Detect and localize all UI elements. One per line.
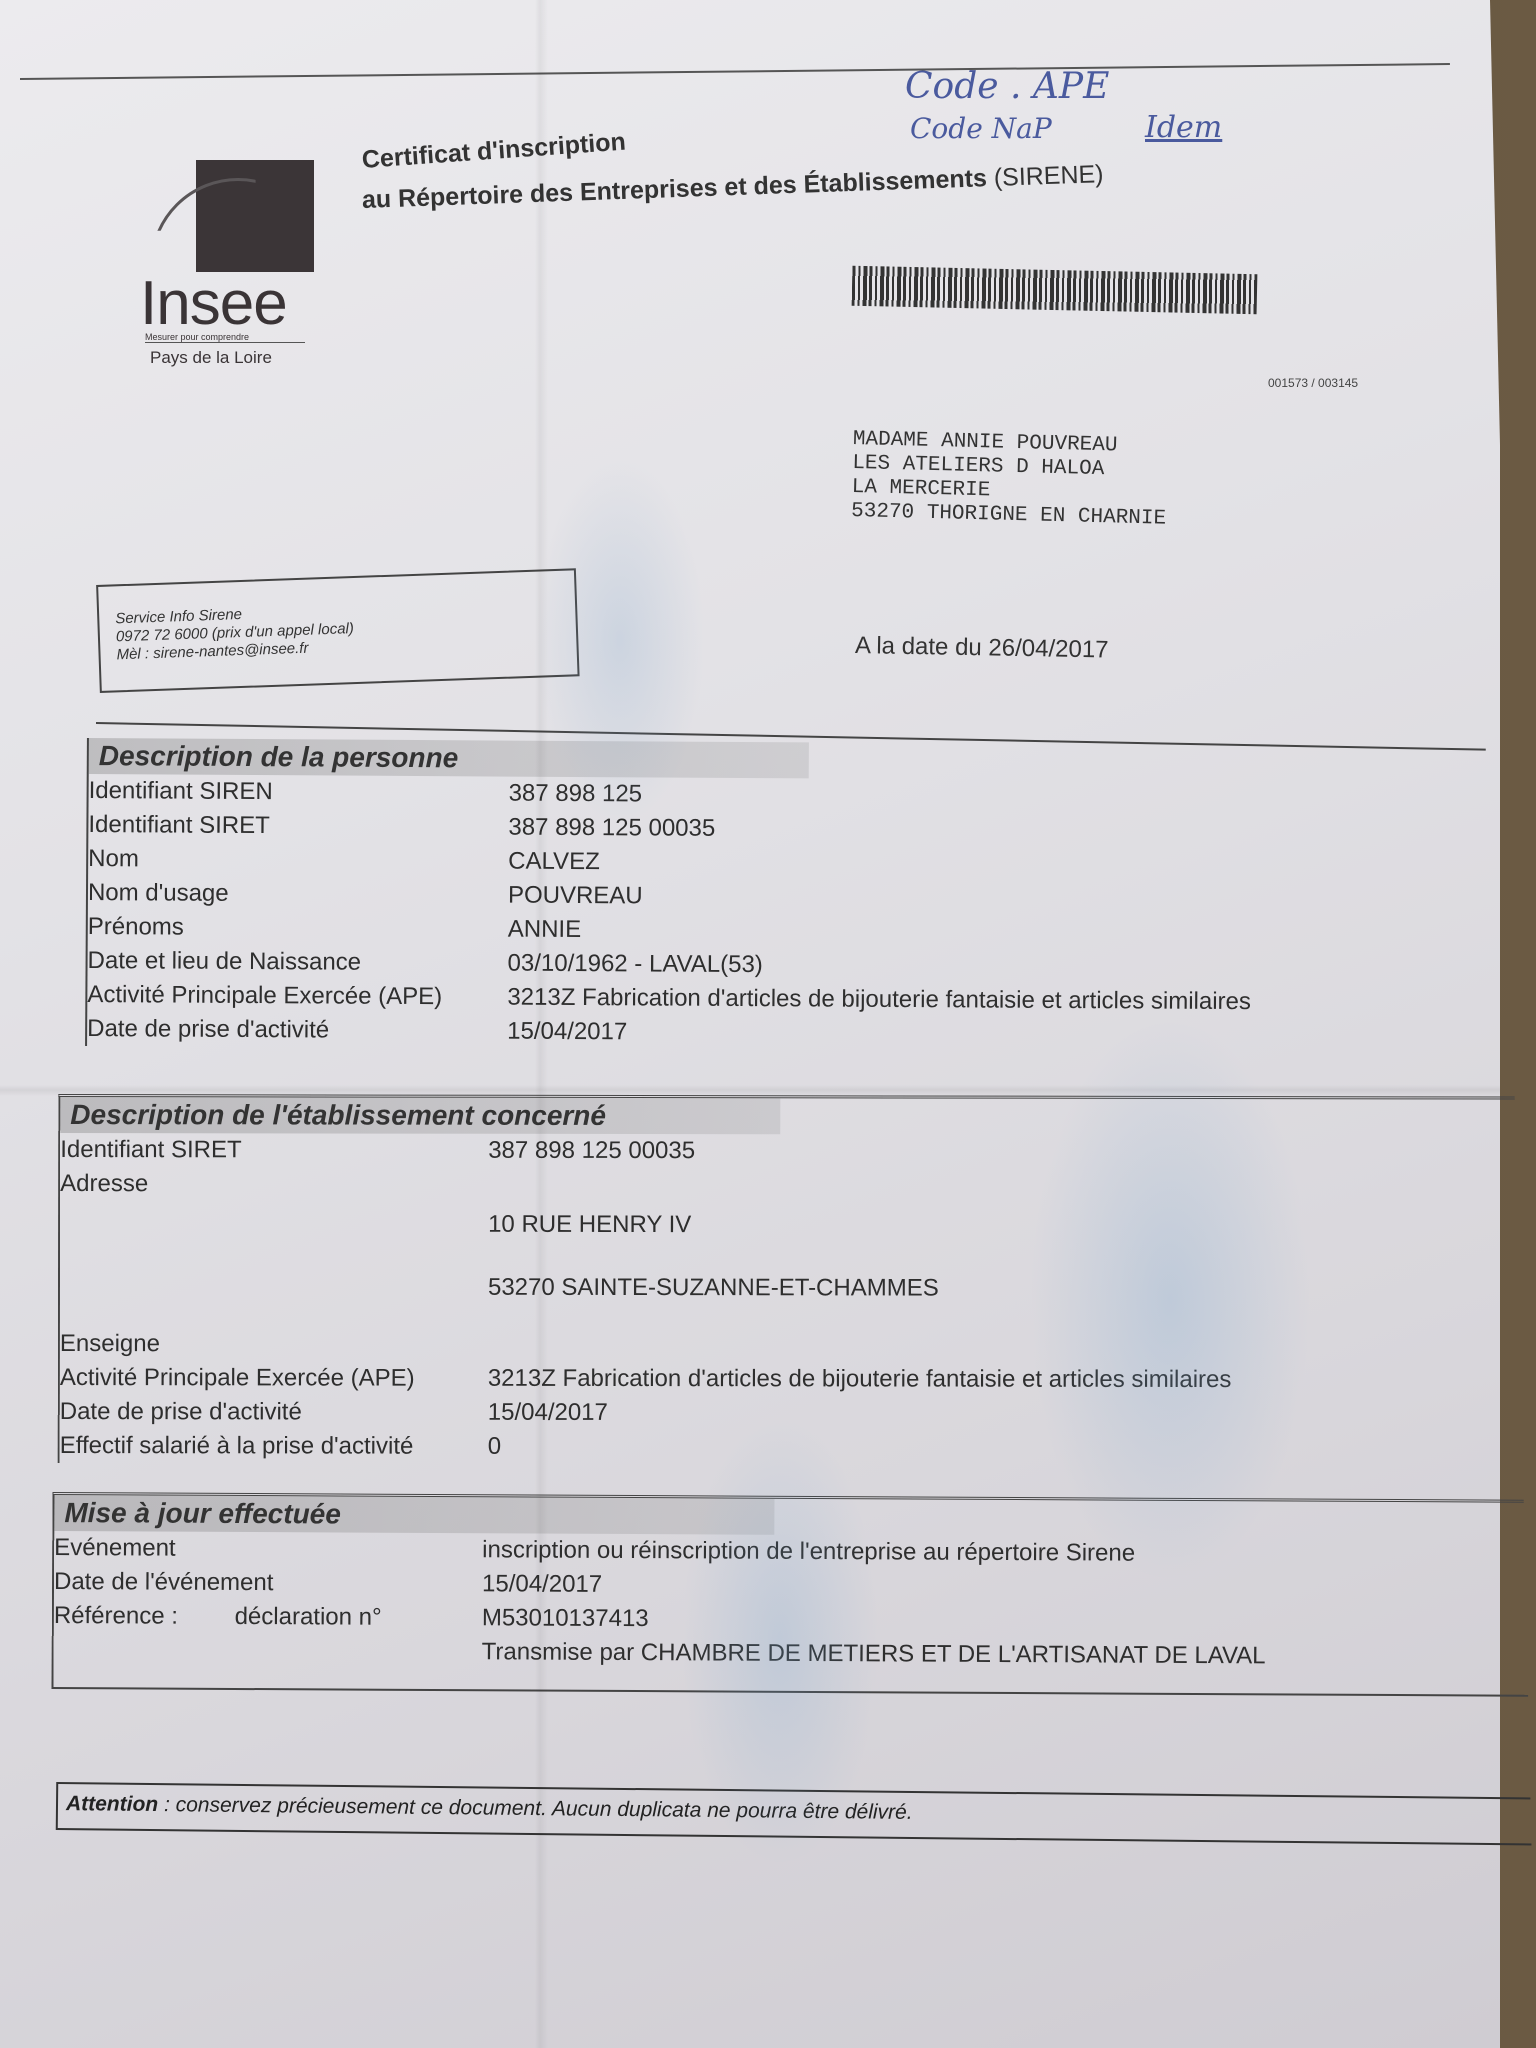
first-names-value: ANNIE xyxy=(508,913,582,947)
birth-value: 03/10/1962 - LAVAL(53) xyxy=(507,947,762,983)
recipient-address: MADAME ANNIE POUVREAU LES ATELIERS D HAL… xyxy=(851,428,1168,532)
siren-value: 387 898 125 xyxy=(509,777,643,812)
certificate-paper: Insee Mesurer pour comprendre Pays de la… xyxy=(0,0,1500,2048)
staff-count-value: 0 xyxy=(488,1430,501,1464)
surname-value: CALVEZ xyxy=(508,845,600,880)
event-date-value: 15/04/2017 xyxy=(482,1567,602,1602)
establishment-siret-value: 387 898 125 00035 xyxy=(488,1134,695,1168)
attention-label: Attention xyxy=(66,1792,158,1816)
field-row: Effectif salarié à la prise d'activité0 xyxy=(60,1429,1536,1466)
as-of-date: A la date du 26/04/2017 xyxy=(855,632,1109,664)
handwritten-note-nap: Code NaP xyxy=(910,112,1052,145)
field-label: Adresse xyxy=(60,1167,488,1202)
empty-cell xyxy=(54,1667,482,1669)
activity-start-value: 15/04/2017 xyxy=(507,1015,627,1050)
ape-value: 3213Z Fabrication d'articles de bijouter… xyxy=(507,981,1251,1020)
document-title-line1: Certificat d'inscription xyxy=(361,128,627,175)
insee-logo-text: Insee xyxy=(140,268,287,339)
insee-logo-tagline: Mesurer pour comprendre xyxy=(145,332,305,343)
field-label: Effectif salarié à la prise d'activité xyxy=(60,1429,488,1464)
update-section: Mise à jour effectuée Evénementinscripti… xyxy=(51,1492,1536,1697)
insee-logo-region: Pays de la Loire xyxy=(150,348,272,368)
field-label: Date de prise d'activité xyxy=(60,1395,488,1430)
document-title-acronym: (SIRENE) xyxy=(993,160,1104,192)
field-label: Identifiant SIRET xyxy=(88,808,508,845)
field-row: Date de prise d'activité15/04/2017 xyxy=(60,1395,1536,1432)
barcode xyxy=(852,266,1258,314)
attention-notice: Attention : conservez précieusement ce d… xyxy=(56,1782,1536,1845)
field-row: Date de prise d'activité15/04/2017 xyxy=(87,1012,1487,1055)
transmitted-by-value: Transmise par CHAMBRE DE METIERS ET DE L… xyxy=(482,1635,1266,1673)
person-section: Description de la personne Identifiant S… xyxy=(85,738,1489,1055)
establishment-ape-value: 3213Z Fabrication d'articles de bijouter… xyxy=(488,1362,1232,1397)
field-label: Nom d'usage xyxy=(88,876,508,913)
service-info-box: Service Info Sirene 0972 72 6000 (prix d… xyxy=(96,568,579,693)
address-line2: 53270 SAINTE-SUZANNE-ET-CHAMMES xyxy=(488,1248,939,1329)
siret-value: 387 898 125 00035 xyxy=(508,811,715,846)
field-label: Date de prise d'activité xyxy=(87,1012,507,1049)
event-value: inscription ou réinscription de l'entrep… xyxy=(482,1533,1135,1570)
field-row: 53270 SAINTE-SUZANNE-ET-CHAMMES xyxy=(60,1247,1536,1330)
declaration-label: déclaration n° xyxy=(235,1603,382,1631)
update-section-title: Mise à jour effectuée xyxy=(54,1495,774,1535)
handwritten-note-ape: Code . APE xyxy=(905,66,1109,107)
person-section-title: Description de la personne xyxy=(89,738,809,778)
field-label: Activité Principale Exercée (APE) xyxy=(60,1361,488,1396)
attention-text: : conservez précieusement ce document. A… xyxy=(158,1793,913,1824)
reference-label: Référence : xyxy=(54,1602,178,1630)
field-row: 10 RUE HENRY IV xyxy=(60,1201,1536,1250)
field-label: Evénement xyxy=(54,1531,482,1567)
usage-name-value: POUVREAU xyxy=(508,879,643,914)
establishment-section-title: Description de l'établissement concerné xyxy=(60,1097,780,1134)
top-rule xyxy=(20,63,1450,80)
handwritten-note-idem: Idem xyxy=(1145,110,1222,145)
field-label: Identifiant SIRET xyxy=(60,1133,488,1168)
field-label: Identifiant SIREN xyxy=(89,774,509,811)
field-label: Référence : déclaration n° xyxy=(54,1599,482,1635)
document-title-line2: au Répertoire des Entreprises et des Éta… xyxy=(361,160,1103,215)
field-label: Nom xyxy=(88,842,508,879)
document-title-main: au Répertoire des Entreprises et des Éta… xyxy=(361,164,987,214)
establishment-section: Description de l'établissement concerné … xyxy=(58,1094,1536,1466)
field-label: Date de l'événement xyxy=(54,1565,482,1601)
field-row: Adresse xyxy=(60,1167,1536,1204)
field-label: Activité Principale Exercée (APE) xyxy=(87,978,507,1015)
field-row: Enseigne xyxy=(60,1327,1536,1364)
address-line1: 10 RUE HENRY IV xyxy=(488,1202,691,1248)
field-label: Enseigne xyxy=(60,1327,488,1362)
field-row: Identifiant SIRET387 898 125 00035 xyxy=(60,1133,1536,1170)
field-label: Date et lieu de Naissance xyxy=(87,944,507,981)
establishment-start-value: 15/04/2017 xyxy=(488,1396,608,1430)
field-row: Transmise par CHAMBRE DE METIERS ET DE L… xyxy=(54,1633,1536,1675)
field-row: Activité Principale Exercée (APE)3213Z F… xyxy=(60,1361,1536,1398)
document-number: 001573 / 003145 xyxy=(1268,376,1358,390)
declaration-number-value: M53010137413 xyxy=(482,1601,649,1636)
field-label: Prénoms xyxy=(88,910,508,947)
